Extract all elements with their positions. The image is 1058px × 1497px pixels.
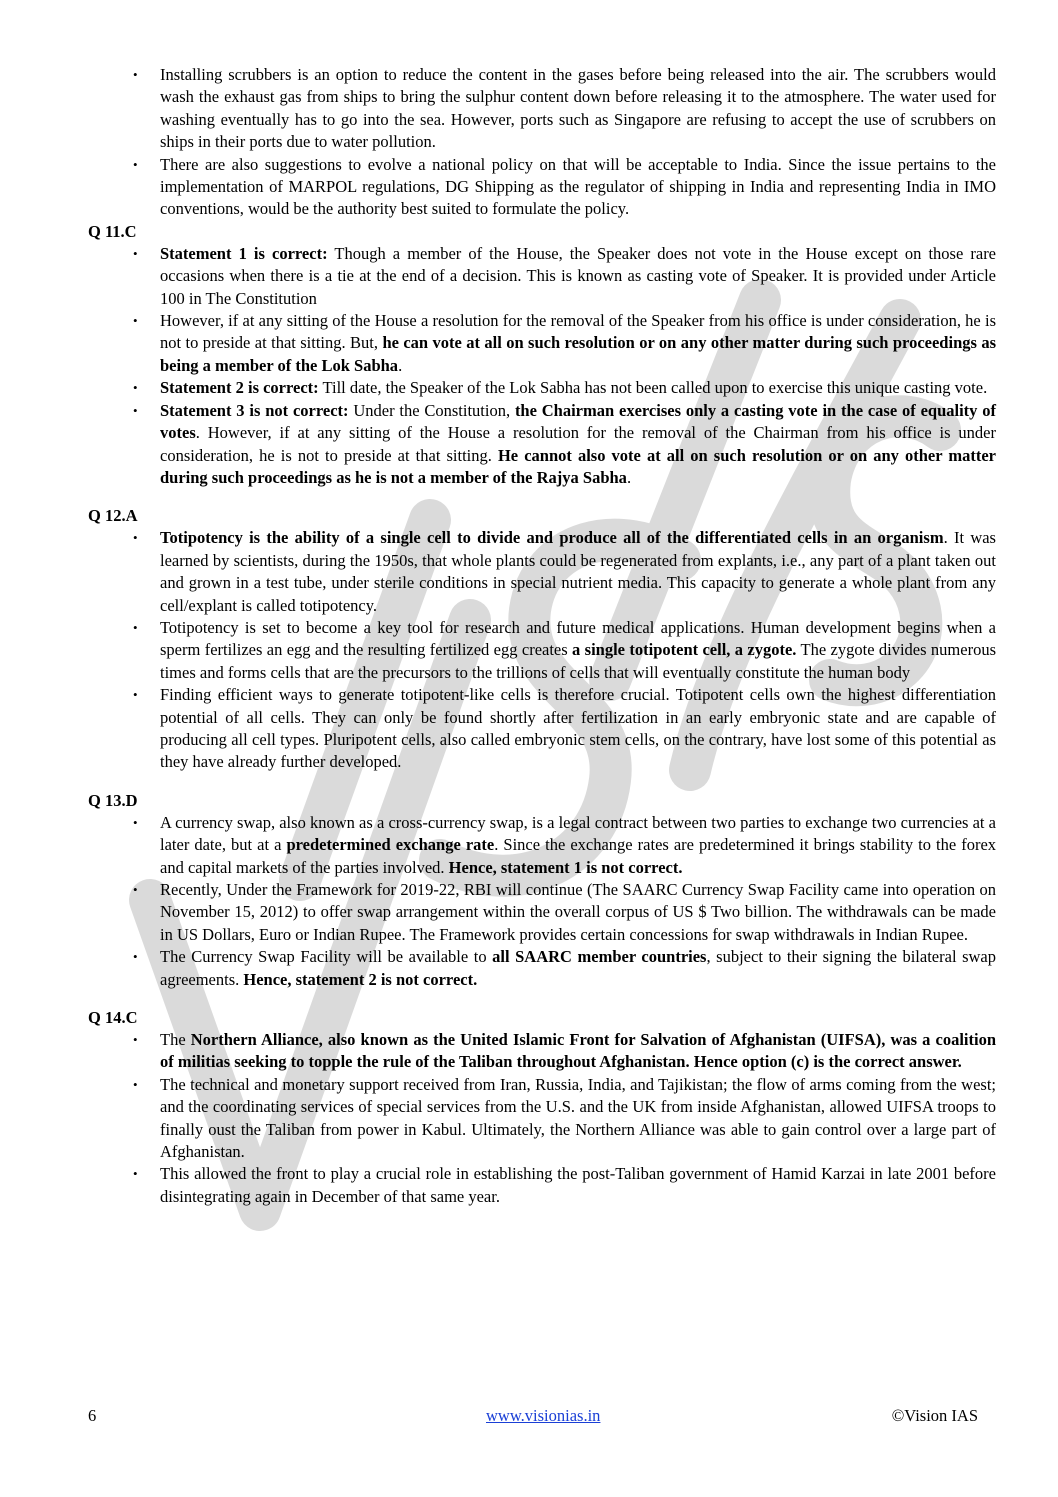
bullet-item: •Totipotency is set to become a key tool… bbox=[88, 617, 996, 684]
bullet-item: •The technical and monetary support rece… bbox=[88, 1074, 996, 1164]
text-segment: Till date, the Speaker of the Lok Sabha … bbox=[319, 378, 988, 397]
question-section: Q 14.C•The Northern Alliance, also known… bbox=[88, 1007, 996, 1208]
bold-text: a single totipotent cell, a zygote. bbox=[572, 640, 796, 659]
bold-text: all SAARC member countries bbox=[492, 947, 706, 966]
copyright-text: ©Vision IAS bbox=[892, 1406, 978, 1426]
bold-text: Totipotency is the ability of a single c… bbox=[160, 528, 944, 547]
bullet-item: •The Northern Alliance, also known as th… bbox=[88, 1029, 996, 1074]
bullet-item: •However, if at any sitting of the House… bbox=[88, 310, 996, 377]
answer-bullet-list: •A currency swap, also known as a cross-… bbox=[88, 812, 996, 991]
intro-section: •Installing scrubbers is an option to re… bbox=[88, 64, 996, 221]
text-segment: . bbox=[627, 468, 631, 487]
bullet-icon: • bbox=[133, 400, 138, 422]
bullet-item: •Statement 2 is correct: Till date, the … bbox=[88, 377, 996, 399]
text-segment: The technical and monetary support recei… bbox=[160, 1075, 996, 1161]
bullet-icon: • bbox=[133, 377, 138, 399]
bullet-item: •Totipotency is the ability of a single … bbox=[88, 527, 996, 617]
bullet-icon: • bbox=[133, 1074, 138, 1096]
question-section: Q 12.A•Totipotency is the ability of a s… bbox=[88, 505, 996, 773]
document-page: •Installing scrubbers is an option to re… bbox=[88, 64, 996, 1224]
bold-text: Northern Alliance, also known as the Uni… bbox=[160, 1030, 996, 1071]
bullet-icon: • bbox=[133, 154, 138, 176]
bullet-item: •Statement 3 is not correct: Under the C… bbox=[88, 400, 996, 490]
bold-text: predetermined exchange rate bbox=[286, 835, 494, 854]
bullet-item: •Statement 1 is correct: Though a member… bbox=[88, 243, 996, 310]
bold-text: Statement 2 is correct: bbox=[160, 378, 319, 397]
bullet-icon: • bbox=[133, 617, 138, 639]
text-segment: Installing scrubbers is an option to red… bbox=[160, 65, 996, 151]
question-title: Q 12.A bbox=[88, 505, 996, 527]
bullet-icon: • bbox=[133, 684, 138, 706]
website-link[interactable]: www.visionias.in bbox=[486, 1406, 600, 1426]
answer-bullet-list: •The Northern Alliance, also known as th… bbox=[88, 1029, 996, 1208]
bullet-icon: • bbox=[133, 1029, 138, 1051]
bullet-icon: • bbox=[133, 310, 138, 332]
bullet-icon: • bbox=[133, 879, 138, 901]
question-section: Q 11.C•Statement 1 is correct: Though a … bbox=[88, 221, 996, 489]
bullet-icon: • bbox=[133, 243, 138, 265]
question-title: Q 11.C bbox=[88, 221, 996, 243]
bullet-icon: • bbox=[133, 64, 138, 86]
text-segment: The Currency Swap Facility will be avail… bbox=[160, 947, 492, 966]
text-segment: There are also suggestions to evolve a n… bbox=[160, 155, 996, 219]
question-title: Q 13.D bbox=[88, 790, 996, 812]
answer-bullet-list: •Statement 1 is correct: Though a member… bbox=[88, 243, 996, 489]
questions-container: Q 11.C•Statement 1 is correct: Though a … bbox=[88, 221, 996, 1208]
text-segment: Under the Constitution, bbox=[349, 401, 515, 420]
bullet-item: •Installing scrubbers is an option to re… bbox=[88, 64, 996, 154]
question-section: Q 13.D•A currency swap, also known as a … bbox=[88, 790, 996, 991]
bullet-item: •A currency swap, also known as a cross-… bbox=[88, 812, 996, 879]
answer-bullet-list: •Totipotency is the ability of a single … bbox=[88, 527, 996, 773]
page-number: 6 bbox=[88, 1406, 96, 1426]
text-segment: The bbox=[160, 1030, 191, 1049]
question-title: Q 14.C bbox=[88, 1007, 996, 1029]
text-segment: Recently, Under the Framework for 2019-2… bbox=[160, 880, 996, 944]
bold-text: Hence, statement 2 is not correct. bbox=[243, 970, 477, 989]
bullet-item: •Recently, Under the Framework for 2019-… bbox=[88, 879, 996, 946]
bold-text: Statement 3 is not correct: bbox=[160, 401, 349, 420]
text-segment: Finding efficient ways to generate totip… bbox=[160, 685, 996, 771]
bullet-icon: • bbox=[133, 946, 138, 968]
bullet-icon: • bbox=[133, 527, 138, 549]
bold-text: Hence, statement 1 is not correct. bbox=[449, 858, 683, 877]
bold-text: Statement 1 is correct: bbox=[160, 244, 328, 263]
bullet-item: •There are also suggestions to evolve a … bbox=[88, 154, 996, 221]
bullet-item: •Finding efficient ways to generate toti… bbox=[88, 684, 996, 774]
text-segment: This allowed the front to play a crucial… bbox=[160, 1164, 996, 1205]
bullet-icon: • bbox=[133, 1163, 138, 1185]
bullet-item: •This allowed the front to play a crucia… bbox=[88, 1163, 996, 1208]
text-segment: . bbox=[398, 356, 402, 375]
bullet-icon: • bbox=[133, 812, 138, 834]
bullet-item: •The Currency Swap Facility will be avai… bbox=[88, 946, 996, 991]
intro-bullet-list: •Installing scrubbers is an option to re… bbox=[88, 64, 996, 221]
